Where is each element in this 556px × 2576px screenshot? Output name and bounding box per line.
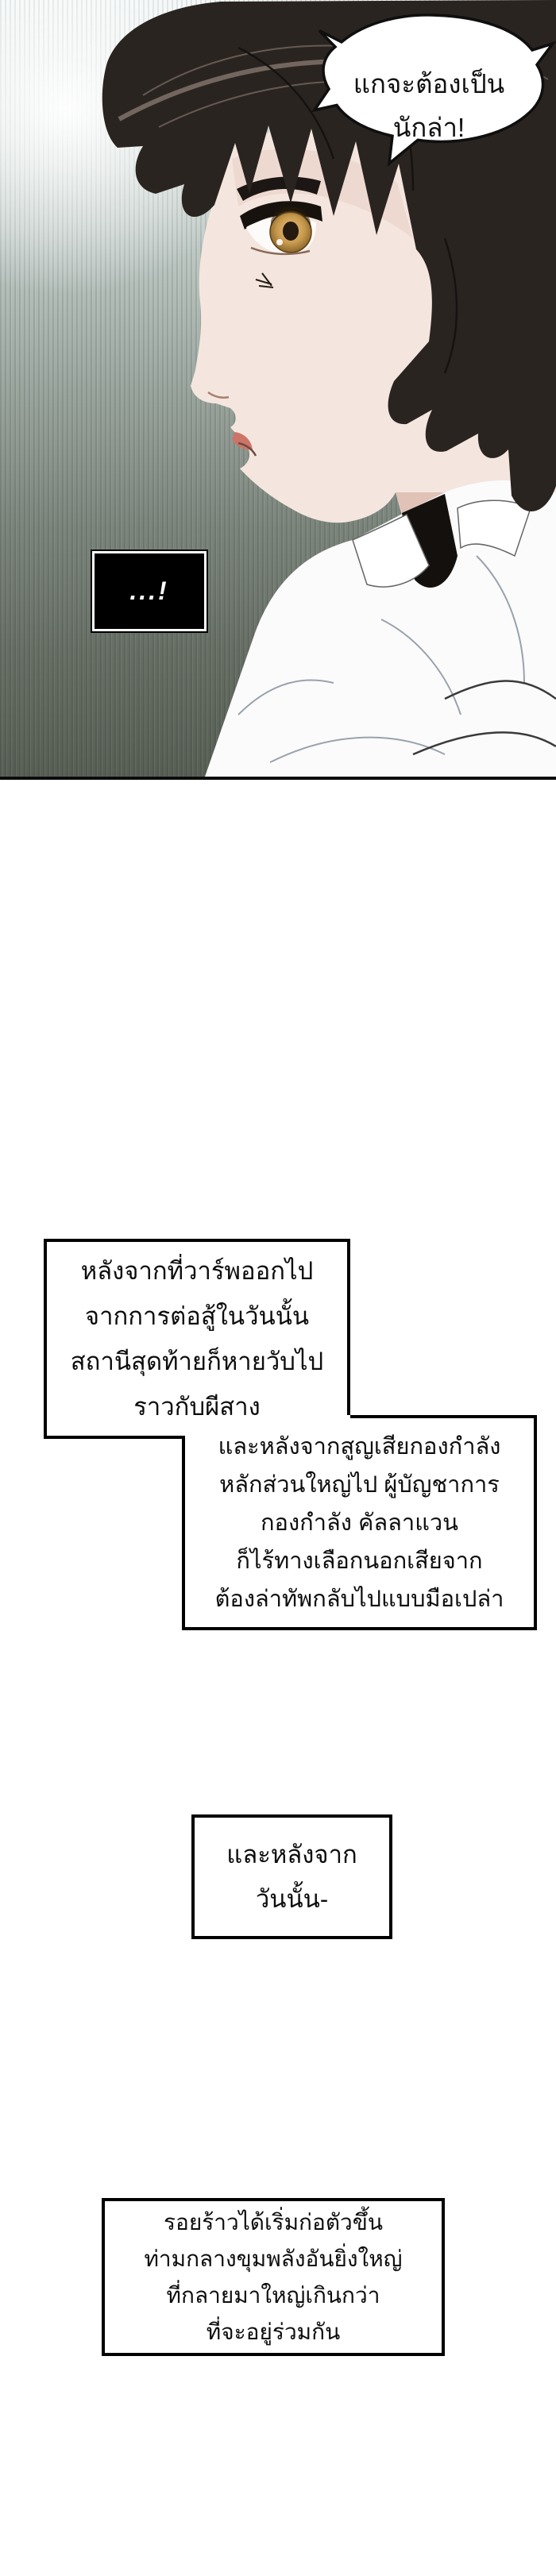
eye-pupil — [283, 222, 299, 241]
narration-line: และหลังจากสูญเสียกองกำลัง — [185, 1428, 534, 1466]
narration-line: สถานีสุดท้ายก็หายวับไป — [47, 1339, 347, 1384]
box-overlap-patch — [182, 1418, 185, 1436]
narration-line: จากการต่อสู้ในวันนั้น — [47, 1294, 347, 1339]
narration-line: ที่กลายมาใหญ่เกินกว่า — [105, 2277, 442, 2314]
narration-line: ท่ามกลางขุมพลังอันยิ่งใหญ่ — [105, 2241, 442, 2277]
narration-line: กองกำลัง คัลลาแวน — [185, 1504, 534, 1542]
speech-line-2: นักล่า! — [324, 106, 534, 149]
narration-box-3: และหลังจาก วันนั้น- — [191, 1814, 392, 1939]
eye-highlight — [276, 239, 283, 245]
narration-line: ต้องล่าทัพกลับไปแบบมือเปล่า — [185, 1580, 534, 1618]
caption-box: ...! — [92, 551, 207, 631]
narration-line: หลักส่วนใหญ่ไป ผู้บัญชาการ — [185, 1466, 534, 1504]
narration-line: และหลังจาก — [195, 1833, 389, 1877]
narration-box-1: หลังจากที่วาร์พออกไป จากการต่อสู้ในวันนั… — [44, 1239, 350, 1439]
caption-text: ...! — [129, 577, 168, 606]
narration-box-2: และหลังจากสูญเสียกองกำลัง หลักส่วนใหญ่ไป… — [182, 1415, 537, 1630]
webtoon-page: แกจะต้องเป็น นักล่า! ...! หลังจากที่วาร์… — [0, 0, 556, 2576]
narration-line: ที่จะอยู่ร่วมกัน — [105, 2314, 442, 2350]
speech-bubble-text: แกจะต้องเป็น นักล่า! — [324, 62, 534, 149]
narration-line: รอยร้าวได้เริ่มก่อตัวขึ้น — [105, 2204, 442, 2241]
box-overlap-patch — [182, 1415, 350, 1418]
speech-bubble: แกจะต้องเป็น นักล่า! — [300, 8, 556, 167]
narration-line: หลังจากที่วาร์พออกไป — [47, 1248, 347, 1294]
narration-line: วันนั้น- — [195, 1877, 389, 1922]
speech-line-1: แกจะต้องเป็น — [324, 62, 534, 106]
narration-line: ก็ไร้ทางเลือกนอกเสียจาก — [185, 1542, 534, 1580]
comic-panel: แกจะต้องเป็น นักล่า! ...! — [0, 0, 556, 780]
narration-box-4: รอยร้าวได้เริ่มก่อตัวขึ้น ท่ามกลางขุมพลั… — [102, 2198, 445, 2356]
